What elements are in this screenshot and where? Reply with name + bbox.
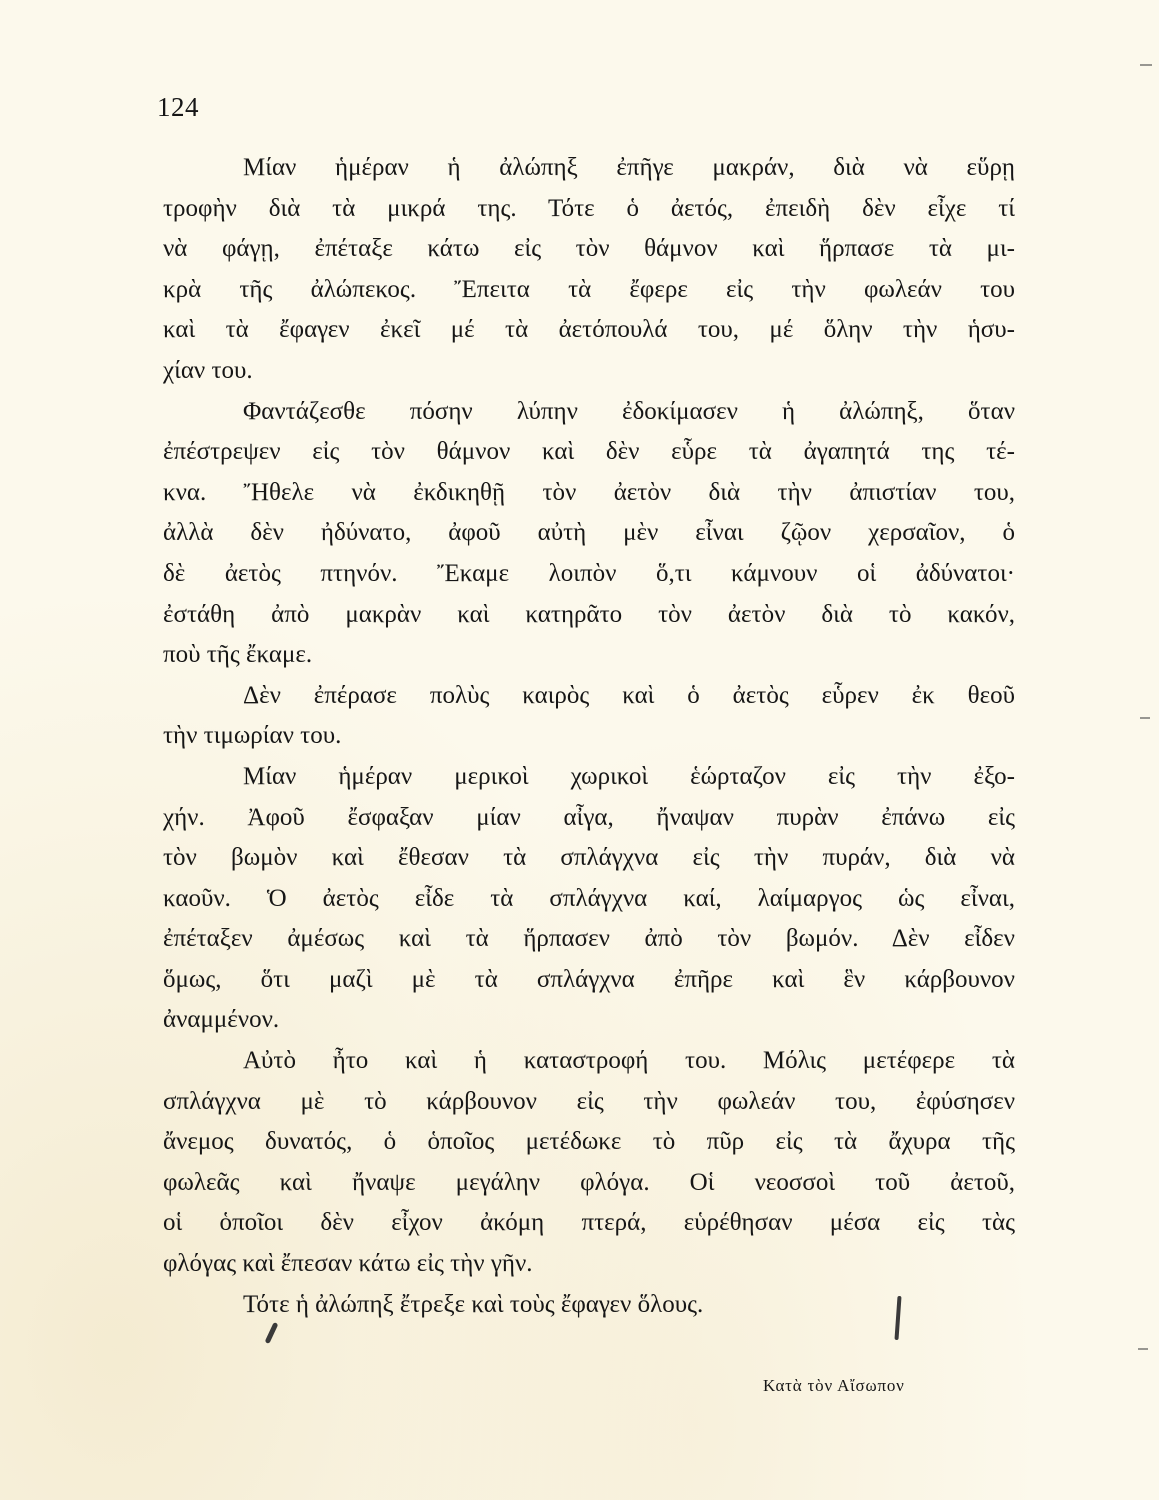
text-line: ἐπέταξεν ἀμέσως καὶ τὰ ἥρπασεν ἀπὸ τὸν β… bbox=[163, 919, 1015, 960]
text-line: ἐπέστρεψεν εἰς τὸν θάμνον καὶ δὲν εὗρε τ… bbox=[163, 432, 1015, 473]
text-line: Δὲν ἐπέρασε πολὺς καιρὸς καὶ ὁ ἀετὸς εὗρ… bbox=[163, 676, 1015, 717]
text-line: φωλεᾶς καὶ ἤναψε μεγάλην φλόγα. Οἱ νεοσσ… bbox=[163, 1163, 1015, 1204]
text-line: φλόγας καὶ ἔπεσαν κάτω εἰς τὴν γῆν. bbox=[163, 1244, 1015, 1285]
text-line: Φαντάζεσθε πόσην λύπην ἐδοκίμασεν ἡ ἀλώπ… bbox=[163, 392, 1015, 433]
attribution: Κατὰ τὸν Αἴσωπον bbox=[763, 1376, 905, 1396]
text-line: ἄνεμος δυνατός, ὁ ὁποῖος μετέδωκε τὸ πῦρ… bbox=[163, 1122, 1015, 1163]
fable-text: Μίαν ἡμέραν ἡ ἀλώπηξ ἐπῆγε μακράν, διὰ ν… bbox=[163, 148, 1015, 1325]
text-line: χήν. Ἀφοῦ ἔσφαξαν μίαν αἶγα, ἤναψαν πυρὰ… bbox=[163, 798, 1015, 839]
text-line: χίαν του. bbox=[163, 351, 1015, 392]
text-line: ἐστάθη ἀπὸ μακρὰν καὶ κατηρᾶτο τὸν ἀετὸν… bbox=[163, 595, 1015, 636]
edge-mark bbox=[1140, 717, 1150, 719]
edge-mark bbox=[1138, 1348, 1148, 1350]
text-line: Μίαν ἡμέραν μερικοὶ χωρικοὶ ἑώρταζον εἰς… bbox=[163, 757, 1015, 798]
text-line: ἀναμμένον. bbox=[163, 1000, 1015, 1041]
page-number: 124 bbox=[157, 92, 199, 123]
edge-mark bbox=[1140, 64, 1152, 66]
text-line: καοῦν. Ὁ ἀετὸς εἶδε τὰ σπλάγχνα καί, λαί… bbox=[163, 879, 1015, 920]
text-line: Αὐτὸ ἦτο καὶ ἡ καταστροφή του. Μόλις μετ… bbox=[163, 1041, 1015, 1082]
text-line: τὸν βωμὸν καὶ ἔθεσαν τὰ σπλάγχνα εἰς τὴν… bbox=[163, 838, 1015, 879]
text-line: ἀλλὰ δὲν ἠδύνατο, ἀφοῦ αὐτὴ μὲν εἶναι ζῷ… bbox=[163, 513, 1015, 554]
text-line: τροφὴν διὰ τὰ μικρά της. Τότε ὁ ἀετός, ἐ… bbox=[163, 189, 1015, 230]
text-line: ὅμως, ὅτι μαζὶ μὲ τὰ σπλάγχνα ἐπῆρε καὶ … bbox=[163, 960, 1015, 1001]
text-line: κνα. Ἤθελε νὰ ἐκδικηθῇ τὸν ἀετὸν διὰ τὴν… bbox=[163, 473, 1015, 514]
text-line: Μίαν ἡμέραν ἡ ἀλώπηξ ἐπῆγε μακράν, διὰ ν… bbox=[163, 148, 1015, 189]
pencil-mark-start bbox=[265, 1322, 279, 1344]
book-page: 124 Μίαν ἡμέραν ἡ ἀλώπηξ ἐπῆγε μακράν, δ… bbox=[0, 0, 1159, 1500]
text-line: σπλάγχνα μὲ τὸ κάρβουνον εἰς τὴν φωλεάν … bbox=[163, 1082, 1015, 1123]
text-line: Τότε ἡ ἀλώπηξ ἔτρεξε καὶ τοὺς ἔφαγεν ὅλο… bbox=[163, 1285, 1015, 1326]
text-line: καὶ τὰ ἔφαγεν ἐκεῖ μέ τὰ ἀετόπουλά του, … bbox=[163, 310, 1015, 351]
text-line: τὴν τιμωρίαν του. bbox=[163, 716, 1015, 757]
text-line: δὲ ἀετὸς πτηνόν. Ἔκαμε λοιπὸν ὅ,τι κάμνο… bbox=[163, 554, 1015, 595]
text-line: ποὺ τῆς ἔκαμε. bbox=[163, 635, 1015, 676]
text-line: κρὰ τῆς ἀλώπεκος. Ἔπειτα τὰ ἔφερε εἰς τὴ… bbox=[163, 270, 1015, 311]
text-line: οἱ ὁποῖοι δὲν εἶχον ἀκόμη πτερά, εὑρέθησ… bbox=[163, 1203, 1015, 1244]
text-line: νὰ φάγῃ, ἐπέταξε κάτω εἰς τὸν θάμνον καὶ… bbox=[163, 229, 1015, 270]
